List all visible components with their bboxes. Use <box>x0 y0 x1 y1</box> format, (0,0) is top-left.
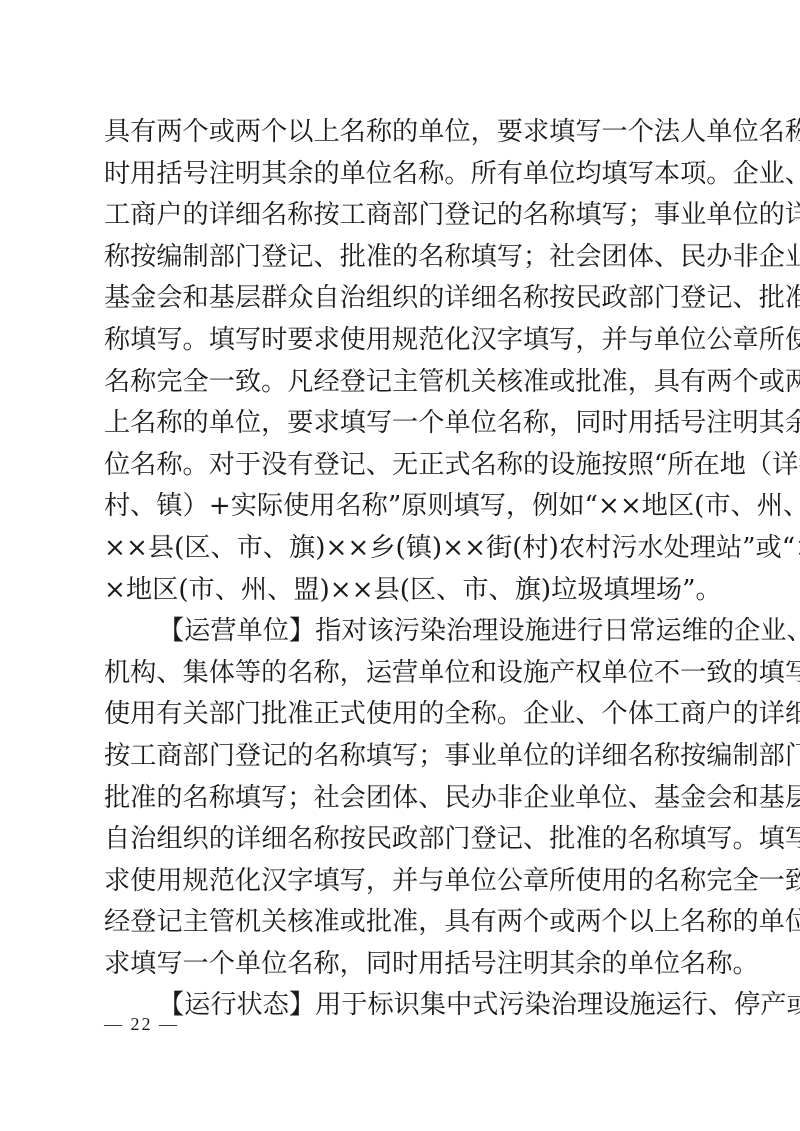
text-line: 求填写一个单位名称，同时用括号注明其余的单位名称。 <box>104 944 698 986</box>
paragraph-operating-unit: 【运营单位】指对该污染治理设施进行日常运维的企业、单位、 机构、集体等的名称，运… <box>104 611 698 985</box>
text-line: 求使用规范化汉字填写，并与单位公章所使用的名称完全一致。凡 <box>104 861 698 903</box>
text-line: 自治组织的详细名称按民政部门登记、批准的名称填写。填写时要 <box>104 819 698 861</box>
text-line: 批准的名称填写；社会团体、民办非企业单位、基金会和基层群众 <box>104 778 698 820</box>
text-line: 经登记主管机关核准或批准，具有两个或两个以上名称的单位，要 <box>104 902 698 944</box>
text-line: 基金会和基层群众自治组织的详细名称按民政部门登记、批准的名 <box>104 278 698 320</box>
paragraph-facility-name: 具有两个或两个以上名称的单位，要求填写一个法人单位名称，同 时用括号注明其余的单… <box>104 112 698 611</box>
section-heading-operating-unit: 【运营单位】 <box>158 616 315 646</box>
page-number: — 22 — <box>104 1014 179 1035</box>
text-line: 机构、集体等的名称，运营单位和设施产权单位不一致的填写本项。 <box>104 653 698 695</box>
text-line: 位名称。对于没有登记、无正式名称的设施按照“所在地（详细到 <box>104 445 698 487</box>
text-line: ××县(区、市、旗)××乡(镇)××街(村)农村污水处理站”或“× <box>104 528 698 570</box>
text-span: 指对该污染治理设施进行日常运维的企业、单位、 <box>315 616 800 646</box>
text-line: 工商户的详细名称按工商部门登记的名称填写；事业单位的详细名 <box>104 195 698 237</box>
text-line: 村、镇）+实际使用名称”原则填写，例如“××地区(市、州、盟) <box>104 486 698 528</box>
document-page: 具有两个或两个以上名称的单位，要求填写一个法人单位名称，同 时用括号注明其余的单… <box>104 112 698 1027</box>
text-line: 具有两个或两个以上名称的单位，要求填写一个法人单位名称，同 <box>104 112 698 154</box>
text-line: 名称完全一致。凡经登记主管机关核准或批准，具有两个或两个以 <box>104 362 698 404</box>
text-line-first: 【运行状态】用于标识集中式污染治理设施运行、停产或关闭 <box>104 985 698 1027</box>
text-line: 按工商部门登记的名称填写；事业单位的详细名称按编制部门登记、 <box>104 736 698 778</box>
paragraph-operating-status: 【运行状态】用于标识集中式污染治理设施运行、停产或关闭 <box>104 985 698 1027</box>
text-line-first: 【运营单位】指对该污染治理设施进行日常运维的企业、单位、 <box>104 611 698 653</box>
text-span: 用于标识集中式污染治理设施运行、停产或关闭 <box>315 990 800 1020</box>
text-line: 使用有关部门批准正式使用的全称。企业、个体工商户的详细名称 <box>104 694 698 736</box>
section-heading-operating-status: 【运行状态】 <box>158 990 315 1020</box>
text-line: 称按编制部门登记、批准的名称填写；社会团体、民办非企业单位、 <box>104 237 698 279</box>
text-line: 称填写。填写时要求使用规范化汉字填写，并与单位公章所使用的 <box>104 320 698 362</box>
text-line: ×地区(市、州、盟)××县(区、市、旗)垃圾填埋场”。 <box>104 570 698 612</box>
text-line: 时用括号注明其余的单位名称。所有单位均填写本项。企业、个体 <box>104 154 698 196</box>
text-line: 上名称的单位，要求填写一个单位名称，同时用括号注明其余的单 <box>104 403 698 445</box>
